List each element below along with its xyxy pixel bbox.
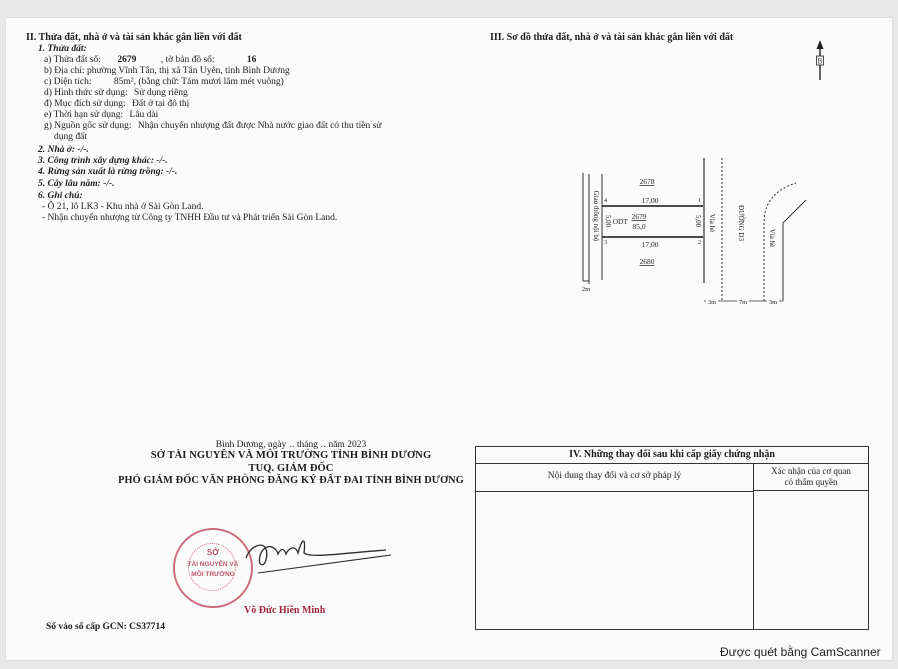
changes-table: IV. Những thay đổi sau khi cấp giấy chứn…: [475, 446, 869, 630]
svg-text:2: 2: [698, 240, 701, 246]
svg-text:B: B: [818, 58, 823, 66]
certificate-page: II. Thửa đất, nhà ở và tài sản khác gắn …: [6, 18, 892, 660]
svg-text:2679: 2679: [632, 212, 647, 221]
svg-text:85,0: 85,0: [632, 222, 645, 231]
camscanner-watermark: Được quét bằng CamScanner: [720, 645, 881, 659]
signer-name: Võ Đức Hiền Minh: [244, 605, 325, 616]
column-header-content: Nội dung thay đổi và cơ sở pháp lý: [476, 463, 753, 492]
svg-text:17,00: 17,00: [642, 240, 659, 249]
svg-text:4: 4: [604, 198, 607, 204]
svg-text:2680: 2680: [640, 257, 655, 266]
signature-block: Bình Dương, ngày .. tháng .. năm 2023 SỞ…: [102, 440, 480, 488]
issue-date: Bình Dương, ngày .. tháng .. năm 2023: [102, 440, 480, 450]
issuing-department: SỞ TÀI NGUYÊN VÀ MÔI TRƯỜNG TỈNH BÌNH DƯ…: [102, 450, 480, 463]
svg-text:5,00: 5,00: [604, 215, 612, 228]
svg-text:1: 1: [698, 198, 701, 204]
svg-text:Vỉa hè: Vỉa hè: [708, 214, 716, 232]
svg-text:7m: 7m: [739, 299, 747, 306]
svg-text:2m: 2m: [582, 286, 590, 293]
gcn-register-number: Số vào sổ cấp GCN: CS37714: [46, 622, 165, 632]
signature-scribble: [226, 518, 406, 588]
svg-text:ĐƯỜNG D3: ĐƯỜNG D3: [737, 205, 745, 241]
column-divider: [753, 491, 754, 629]
issue-day: ..: [289, 440, 295, 450]
svg-text:5,00: 5,00: [694, 215, 702, 228]
issue-month: ..: [320, 440, 326, 450]
svg-text:3m: 3m: [769, 299, 777, 306]
plot-diagram: B Giao thông nội bộ 2m 2678 17,00 17,00 …: [6, 18, 892, 438]
signer-title: PHÓ GIÁM ĐỐC VĂN PHÒNG ĐĂNG KÝ ĐẤT ĐAI T…: [102, 475, 480, 488]
svg-text:ODT: ODT: [613, 217, 629, 226]
section-iv-title: IV. Những thay đổi sau khi cấp giấy chứn…: [476, 447, 868, 464]
north-arrow-icon: B: [817, 40, 824, 80]
svg-text:Giao thông nội bộ: Giao thông nội bộ: [592, 191, 600, 242]
svg-text:3: 3: [604, 240, 607, 246]
authorization-title: TUQ. GIÁM ĐỐC: [102, 463, 480, 476]
svg-text:2678: 2678: [640, 177, 655, 186]
svg-text:Vỉa hè: Vỉa hè: [768, 229, 776, 247]
svg-text:17,00: 17,00: [642, 196, 659, 205]
svg-text:3m: 3m: [708, 299, 716, 306]
column-header-confirmation: Xác nhận của cơ quan có thẩm quyền: [753, 463, 868, 491]
